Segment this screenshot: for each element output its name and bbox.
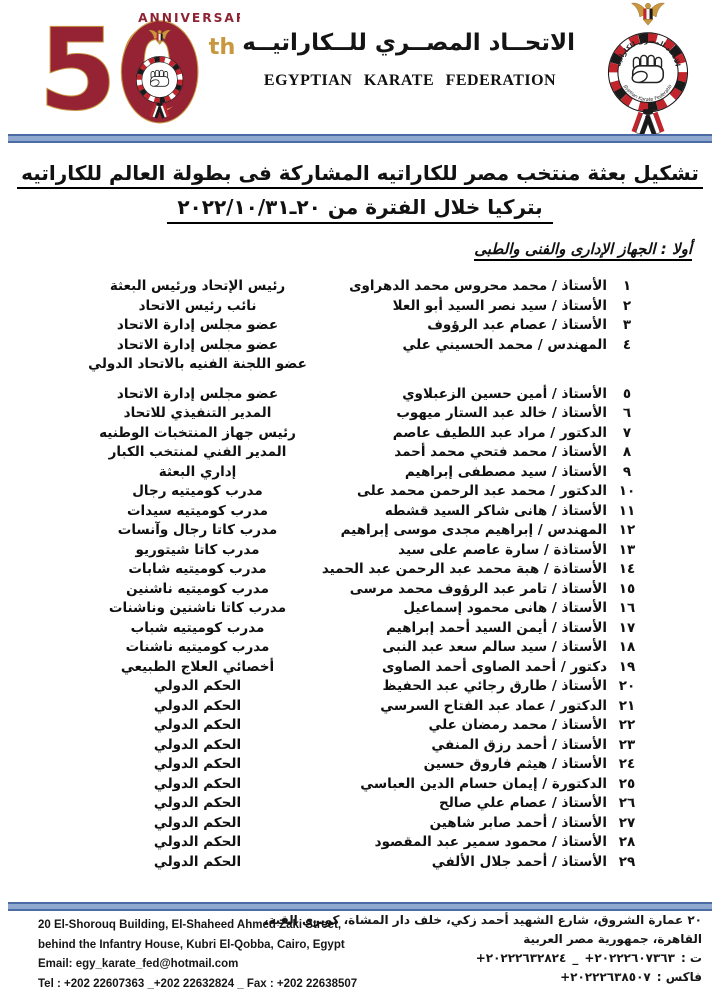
footer-fax-ar-number: +٢٠٢٢٢٦٣٨٥٠٧	[560, 968, 651, 987]
letterhead-document: 50 ANNIVERSARY th الاتحــاد المصــري للـ…	[0, 0, 720, 993]
delegation-role: مدرب كوميتيه ناشنات	[25, 638, 370, 658]
delegation-name: دكتور / أحمد الصاوى أحمد الصاوى	[382, 658, 607, 678]
document-title-line2-text: بتركيا خلال الفترة من	[328, 195, 543, 219]
delegation-name: الأستاذ / هيثم فاروق حسين	[424, 755, 607, 775]
delegation-row: الحكم الدولي ٢٤ الأستاذ / هيثم فاروق حسي…	[0, 755, 720, 775]
delegation-name: الأستاذ / محمد فتحي محمد أحمد	[394, 443, 607, 463]
karate-fist-icon	[631, 55, 663, 84]
delegation-row: عضو مجلس إدارة الاتحاد ٣ الأستاذ / عصام …	[0, 316, 720, 336]
footer-address-ar-line2: القاهرة، جمهورية مصر العربية	[264, 930, 702, 949]
federation-emblem-graphic: الاتحاد المصرى للكاراتيه Egyptian Karate…	[583, 0, 713, 135]
delegation-number: ٢٩	[612, 853, 642, 873]
delegation-role: مدرب كاتا رجال وآنسات	[25, 521, 370, 541]
delegation-row: مدرب كوميتيه شباب ١٧ الأستاذ / أيمن السي…	[0, 619, 720, 639]
delegation-row: الحكم الدولي ٢٥ الدكتورة / إيمان حسام ال…	[0, 775, 720, 795]
delegation-name: الدكتور / مراد عبد اللطيف عاصم	[393, 424, 607, 444]
delegation-name: الأستاذة / سارة عاصم على سيد	[398, 541, 607, 561]
delegation-role: رئيس الإتحاد ورئيس البعثة	[25, 277, 370, 297]
delegation-role: مدرب كوميتيه شابات	[25, 560, 370, 580]
delegation-name: الأستاذ / سيد سالم سعد عبد النبى	[382, 638, 607, 658]
delegation-number: ١٦	[612, 599, 642, 619]
org-name-arabic: الاتحــاد المصــري للــكاراتيــه	[245, 30, 575, 56]
footer-tel-ar-label: ت :	[681, 949, 702, 968]
delegation-name: الدكتورة / إيمان حسام الدين العباسي	[360, 775, 607, 795]
delegation-name: الأستاذ / عصام عبد الرؤوف	[427, 316, 607, 336]
delegation-number: ٣	[612, 316, 642, 336]
delegation-list: رئيس الإتحاد ورئيس البعثة ١ الأستاذ / مح…	[0, 277, 720, 872]
delegation-name: الأستاذ / طارق رجائي عبد الحفيظ	[383, 677, 607, 697]
delegation-row: مدرب كوميتيه رجال ١٠ الدكتور / محمد عبد …	[0, 482, 720, 502]
delegation-name: الأستاذ / أمين حسين الزعبلاوي	[402, 385, 607, 405]
delegation-row: عضو مجلس إدارة الاتحاد ٥ الأستاذ / أمين …	[0, 385, 720, 405]
delegation-name: الأستاذة / هبة محمد عبد الرحمن عبد الحمي…	[322, 560, 607, 580]
delegation-role: المدير التنفيذي للاتحاد	[25, 404, 370, 424]
document-title-line1: تشكيل بعثة منتخب مصر للكاراتيه المشاركة …	[17, 161, 703, 189]
delegation-row: مدرب كوميتيه سيدات ١١ الأستاذ / هانى شاك…	[0, 502, 720, 522]
delegation-row: الحكم الدولي ٢١ الدكتور / عماد عبد الفتا…	[0, 697, 720, 717]
delegation-number: ٧	[612, 424, 642, 444]
federation-emblem: الاتحاد المصرى للكاراتيه Egyptian Karate…	[583, 0, 713, 135]
delegation-number: ٢٨	[612, 833, 642, 853]
delegation-row: المدير الفني لمنتخب الكبار ٨ الأستاذ / م…	[0, 443, 720, 463]
delegation-row: رئيس الإتحاد ورئيس البعثة ١ الأستاذ / مح…	[0, 277, 720, 297]
delegation-row: مدرب كاتا شيتوريو ١٣ الأستاذة / سارة عاص…	[0, 541, 720, 561]
delegation-number: ١٧	[612, 619, 642, 639]
delegation-role: مدرب كاتا شيتوريو	[25, 541, 370, 561]
delegation-name: الأستاذ / تامر عبد الرؤوف محمد مرسى	[350, 580, 607, 600]
delegation-row: مدرب كاتا رجال وآنسات ١٢ المهندس / إبراه…	[0, 521, 720, 541]
delegation-number: ١	[612, 277, 642, 297]
anniversary-suffix: th	[209, 34, 236, 60]
delegation-number: ٢٢	[612, 716, 642, 736]
footer-fax-ar-label: فاكس :	[657, 968, 702, 987]
delegation-number: ٥	[612, 385, 642, 405]
delegation-role: مدرب كوميتيه رجال	[25, 482, 370, 502]
delegation-number: ١٢	[612, 521, 642, 541]
delegation-number: ٦	[612, 404, 642, 424]
delegation-name: الأستاذ / أيمن السيد أحمد إبراهيم	[386, 619, 607, 639]
footer-tel-ar-separator: _	[572, 949, 578, 968]
delegation-role: عضو مجلس إدارة الاتحاد	[25, 316, 370, 336]
delegation-number: ٨	[612, 443, 642, 463]
delegation-row: مدرب كاتا ناشنين وناشنات ١٦ الأستاذ / ها…	[0, 599, 720, 619]
footer-arabic: ٢٠ عمارة الشروق، شارع الشهيد أحمد زكي، خ…	[264, 911, 702, 987]
delegation-role: مدرب كوميتيه سيدات	[25, 502, 370, 522]
delegation-name: الأستاذ / محمود سمير عبد المقصود	[375, 833, 607, 853]
delegation-number: ٩	[612, 463, 642, 483]
document-title-line2-wrap: بتركيا خلال الفترة من ٢٠٢٢/١٠/٣١ـ٢٠	[0, 195, 720, 224]
delegation-number: ٢٤	[612, 755, 642, 775]
footer-tel-ar: ت : +٢٠٢٢٢٦٠٧٣٦٣ _ +٢٠٢٢٢٦٣٢٨٢٤	[264, 949, 702, 968]
karate-belt-icon	[632, 109, 665, 135]
delegation-row: عضو مجلس إدارة الاتحاد ٤ المهندس / محمد …	[0, 336, 720, 356]
delegation-row: عضو اللجنة الفنيه بالاتحاد الدولي	[0, 355, 720, 375]
delegation-role: مدرب كوميتيه شباب	[25, 619, 370, 639]
delegation-row: رئيس جهاز المنتخبات الوطنيه ٧ الدكتور / …	[0, 424, 720, 444]
delegation-role: الحكم الدولي	[25, 814, 370, 834]
delegation-name: الأستاذ / أحمد صابر شاهين	[430, 814, 607, 834]
delegation-role: الحكم الدولي	[25, 736, 370, 756]
delegation-role: الحكم الدولي	[25, 794, 370, 814]
delegation-row: نائب رئيس الاتحاد ٢ الأستاذ / سيد نصر ال…	[0, 297, 720, 317]
delegation-name: الأستاذ / محمد رمضان علي	[428, 716, 607, 736]
org-name-english: EGYPTIAN KARATE FEDERATION	[245, 72, 575, 90]
egypt-eagle-icon	[632, 3, 665, 25]
delegation-number: ٢٧	[612, 814, 642, 834]
delegation-role: الحكم الدولي	[25, 716, 370, 736]
delegation-role: إداري البعثة	[25, 463, 370, 483]
delegation-role: رئيس جهاز المنتخبات الوطنيه	[25, 424, 370, 444]
delegation-name: الأستاذ / أحمد رزق المنفي	[431, 736, 607, 756]
delegation-number: ١٨	[612, 638, 642, 658]
delegation-role: مدرب كوميتيه ناشنين	[25, 580, 370, 600]
delegation-row: مدرب كوميتيه ناشنين ١٥ الأستاذ / تامر عب…	[0, 580, 720, 600]
section-heading: أولا : الجهاز الإدارى والفنى والطبى	[474, 240, 692, 261]
delegation-name: الأستاذ / أحمد جلال الألفي	[432, 853, 607, 873]
header-divider-bar	[8, 134, 712, 143]
karate-fist-icon	[149, 70, 168, 87]
anniversary-50-logo-graphic: 50 ANNIVERSARY th	[44, 5, 240, 125]
delegation-row: إداري البعثة ٩ الأستاذ / سيد مصطفى إبراه…	[0, 463, 720, 483]
delegation-name: المهندس / محمد الحسيني علي	[403, 336, 608, 356]
anniversary-label: ANNIVERSARY	[138, 11, 240, 25]
delegation-role: عضو مجلس إدارة الاتحاد	[25, 336, 370, 356]
delegation-number: ١٥	[612, 580, 642, 600]
delegation-row: مدرب كوميتيه ناشنات ١٨ الأستاذ / سيد سال…	[0, 638, 720, 658]
list-gap	[0, 375, 720, 385]
footer-divider-bar	[8, 902, 712, 911]
delegation-number: ٤	[612, 336, 642, 356]
delegation-number: ٢٠	[612, 677, 642, 697]
delegation-role: أخصائي العلاج الطبيعي	[25, 658, 370, 678]
anniversary-50-logo: 50 ANNIVERSARY th	[44, 5, 240, 125]
delegation-name: الأستاذ / سيد مصطفى إبراهيم	[405, 463, 607, 483]
delegation-row: الحكم الدولي ٢٠ الأستاذ / طارق رجائي عبد…	[0, 677, 720, 697]
delegation-role: الحكم الدولي	[25, 755, 370, 775]
delegation-number: ٢٣	[612, 736, 642, 756]
delegation-row: أخصائي العلاج الطبيعي ١٩ دكتور / أحمد ال…	[0, 658, 720, 678]
delegation-row: الحكم الدولي ٢٧ الأستاذ / أحمد صابر شاهي…	[0, 814, 720, 834]
footer-address-ar-line1: ٢٠ عمارة الشروق، شارع الشهيد أحمد زكي، خ…	[264, 911, 702, 930]
delegation-number: ١٩	[612, 658, 642, 678]
footer-fax-ar: فاكس : +٢٠٢٢٢٦٣٨٥٠٧	[264, 968, 702, 987]
delegation-number: ٢٦	[612, 794, 642, 814]
document-title-dates: ٢٠٢٢/١٠/٣١ـ٢٠	[177, 195, 321, 219]
delegation-name: الأستاذ / محمد محروس محمد الدهراوى	[349, 277, 607, 297]
delegation-name: المهندس / إبراهيم مجدى موسى إبراهيم	[341, 521, 607, 541]
delegation-row: الحكم الدولي ٢٩ الأستاذ / أحمد جلال الأل…	[0, 853, 720, 873]
delegation-name: الأستاذ / خالد عبد الستار ميهوب	[396, 404, 607, 424]
delegation-name: الأستاذ / هانى محمود إسماعيل	[403, 599, 607, 619]
delegation-role: الحكم الدولي	[25, 677, 370, 697]
delegation-number: ١٤	[612, 560, 642, 580]
delegation-row: الحكم الدولي ٢٢ الأستاذ / محمد رمضان علي	[0, 716, 720, 736]
delegation-role: الحكم الدولي	[25, 775, 370, 795]
delegation-role: عضو مجلس إدارة الاتحاد	[25, 385, 370, 405]
delegation-row: المدير التنفيذي للاتحاد ٦ الأستاذ / خالد…	[0, 404, 720, 424]
delegation-role: الحكم الدولي	[25, 853, 370, 873]
delegation-role: عضو اللجنة الفنيه بالاتحاد الدولي	[25, 355, 370, 375]
delegation-name: الأستاذ / عصام علي صالح	[439, 794, 607, 814]
delegation-number: ١١	[612, 502, 642, 522]
delegation-row: مدرب كوميتيه شابات ١٤ الأستاذة / هبة محم…	[0, 560, 720, 580]
delegation-role: الحكم الدولي	[25, 697, 370, 717]
delegation-name: الأستاذ / هانى شاكر السيد قشطه	[385, 502, 607, 522]
document-title-line1-wrap: تشكيل بعثة منتخب مصر للكاراتيه المشاركة …	[0, 161, 720, 189]
footer-tel-ar-number2: +٢٠٢٢٢٦٣٢٨٢٤	[476, 949, 567, 968]
org-header: الاتحــاد المصــري للــكاراتيــه EGYPTIA…	[245, 30, 575, 90]
delegation-number: ١٣	[612, 541, 642, 561]
delegation-name: الدكتور / عماد عبد الفتاح السرسي	[380, 697, 607, 717]
delegation-role: الحكم الدولي	[25, 833, 370, 853]
delegation-number: ٢	[612, 297, 642, 317]
delegation-role: المدير الفني لمنتخب الكبار	[25, 443, 370, 463]
footer-tel-ar-number1: +٢٠٢٢٢٦٠٧٣٦٣	[584, 949, 675, 968]
delegation-name: الأستاذ / سيد نصر السيد أبو العلا	[393, 297, 607, 317]
delegation-row: الحكم الدولي ٢٣ الأستاذ / أحمد رزق المنف…	[0, 736, 720, 756]
delegation-number: ١٠	[612, 482, 642, 502]
delegation-role: نائب رئيس الاتحاد	[25, 297, 370, 317]
delegation-number: ٢٥	[612, 775, 642, 795]
delegation-row: الحكم الدولي ٢٦ الأستاذ / عصام علي صالح	[0, 794, 720, 814]
delegation-row: الحكم الدولي ٢٨ الأستاذ / محمود سمير عبد…	[0, 833, 720, 853]
delegation-role: مدرب كاتا ناشنين وناشنات	[25, 599, 370, 619]
delegation-name: الدكتور / محمد عبد الرحمن محمد على	[357, 482, 607, 502]
delegation-number: ٢١	[612, 697, 642, 717]
